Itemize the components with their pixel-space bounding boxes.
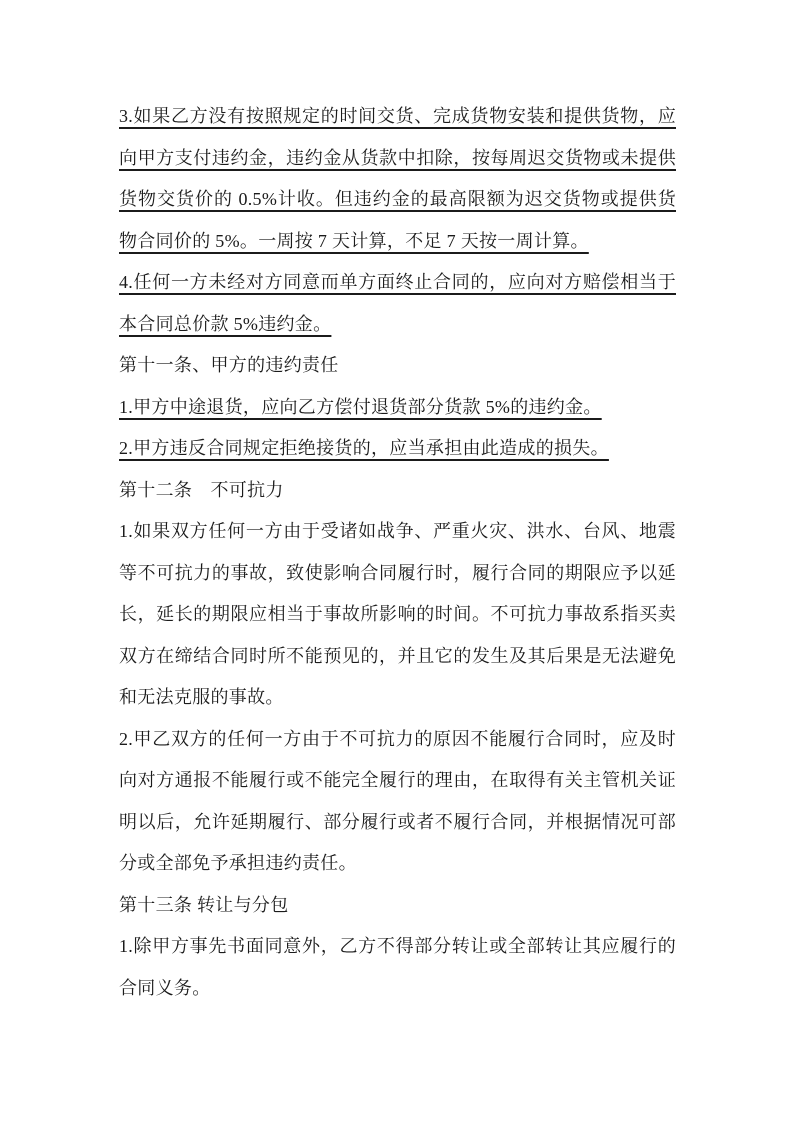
text-line: 第十一条、甲方的违约责任 [119,345,676,387]
text-line: 第十三条 转让与分包 [119,885,676,927]
contract-clause: 3.如果乙方没有按照规定的时间交货、完成货物安装和提供货物，应向甲方支付违约金，… [119,96,676,262]
text-line: 1.除甲方事先书面同意外，乙方不得部分转让或全部转让其应履行的 [119,926,676,968]
text-line: 物合同价的 5%。一周按 7 天计算，不足 7 天按一周计算。 [119,221,676,263]
text-line: 向甲方支付违约金，违约金从货款中扣除，按每周迟交货物或未提供 [119,138,676,180]
text-line: 1.甲方中途退货，应向乙方偿付退货部分货款 5%的违约金。 [119,387,676,429]
text-line: 分或全部免予承担违约责任。 [119,843,676,885]
text-line: 明以后，允许延期履行、部分履行或者不履行合同，并根据情况可部 [119,802,676,844]
text-line: 3.如果乙方没有按照规定的时间交货、完成货物安装和提供货物，应 [119,96,676,138]
contract-clause: 2.甲方违反合同规定拒绝接货的，应当承担由此造成的损失。 [119,428,676,470]
section-heading: 第十二条 不可抗力 [119,470,676,512]
text-line: 2.甲方违反合同规定拒绝接货的，应当承担由此造成的损失。 [119,428,676,470]
text-line: 双方在缔结合同时所不能预见的，并且它的发生及其后果是无法避免 [119,636,676,678]
contract-clause: 1.甲方中途退货，应向乙方偿付退货部分货款 5%的违约金。 [119,387,676,429]
section-heading: 第十一条、甲方的违约责任 [119,345,676,387]
text-line: 本合同总价款 5%违约金。 [119,304,676,346]
text-line: 货物交货价的 0.5%计收。但违约金的最高限额为迟交货物或提供货 [119,179,676,221]
contract-clause: 1.如果双方任何一方由于受诸如战争、严重火灾、洪水、台风、地震等不可抗力的事故，… [119,511,676,719]
text-line: 合同义务。 [119,968,676,1010]
contract-clause: 4.任何一方未经对方同意而单方面终止合同的，应向对方赔偿相当于本合同总价款 5%… [119,262,676,345]
contract-clause: 2.甲乙双方的任何一方由于不可抗力的原因不能履行合同时，应及时向对方通报不能履行… [119,719,676,885]
text-line: 1.如果双方任何一方由于受诸如战争、严重火灾、洪水、台风、地震 [119,511,676,553]
text-line: 和无法克服的事故。 [119,677,676,719]
section-heading: 第十三条 转让与分包 [119,885,676,927]
text-line: 第十二条 不可抗力 [119,470,676,512]
text-line: 向对方通报不能履行或不能完全履行的理由，在取得有关主管机关证 [119,760,676,802]
text-line: 等不可抗力的事故，致使影响合同履行时，履行合同的期限应予以延 [119,553,676,595]
text-line: 长，延长的期限应相当于事故所影响的时间。不可抗力事故系指买卖 [119,594,676,636]
contract-page: 3.如果乙方没有按照规定的时间交货、完成货物安装和提供货物，应向甲方支付违约金，… [0,0,793,1122]
contract-body: 3.如果乙方没有按照规定的时间交货、完成货物安装和提供货物，应向甲方支付违约金，… [119,96,676,1009]
contract-clause: 1.除甲方事先书面同意外，乙方不得部分转让或全部转让其应履行的合同义务。 [119,926,676,1009]
text-line: 4.任何一方未经对方同意而单方面终止合同的，应向对方赔偿相当于 [119,262,676,304]
text-line: 2.甲乙双方的任何一方由于不可抗力的原因不能履行合同时，应及时 [119,719,676,761]
